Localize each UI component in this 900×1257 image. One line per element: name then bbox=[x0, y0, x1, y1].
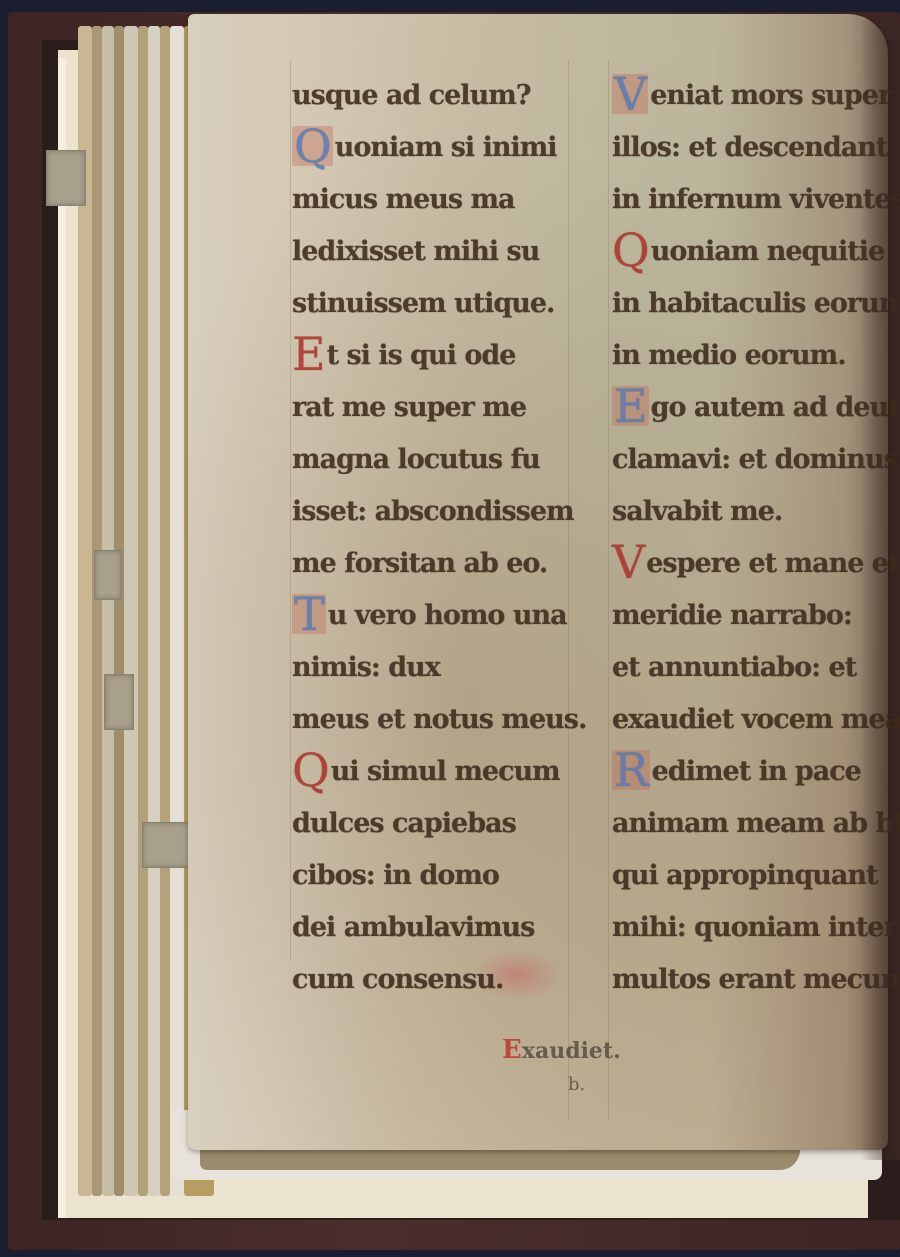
line-text: ui simul mecum bbox=[331, 756, 560, 787]
text-line: Quoniam si inimi bbox=[292, 122, 562, 174]
line-text: cibos: in domo bbox=[292, 860, 499, 891]
line-text: qui appropinquant bbox=[612, 860, 878, 891]
text-line: micus meus ma bbox=[292, 174, 562, 226]
right-text-column: Veniat mors superillos: et descendantin … bbox=[612, 70, 874, 1006]
line-text: espere et mane et bbox=[646, 548, 899, 579]
decorated-initial: V bbox=[612, 74, 648, 114]
catchword-initial: E bbox=[502, 1035, 522, 1065]
text-line: Qui simul mecum bbox=[292, 746, 562, 798]
decorated-initial: Q bbox=[612, 230, 649, 270]
decorated-initial: R bbox=[612, 750, 650, 790]
decorated-initial: E bbox=[612, 386, 649, 426]
decorated-initial: E bbox=[292, 334, 325, 374]
underlying-leaf-edge bbox=[200, 1150, 800, 1170]
text-line: cum consensu. bbox=[292, 954, 562, 1006]
guard-tab bbox=[46, 150, 86, 206]
text-line: isset: abscondissem bbox=[292, 486, 562, 538]
leaf-edge bbox=[92, 26, 102, 1196]
line-text: cum consensu. bbox=[292, 964, 503, 995]
text-line: meridie narrabo: bbox=[612, 590, 874, 642]
line-text: usque ad celum? bbox=[292, 80, 531, 111]
text-line: Quoniam nequitie bbox=[612, 226, 874, 278]
text-line: ledixisset mihi su bbox=[292, 226, 562, 278]
line-text: dulces capiebas bbox=[292, 808, 516, 839]
text-line: in habitaculis eorum: bbox=[612, 278, 874, 330]
decorated-initial: Q bbox=[292, 750, 329, 790]
leaf-edge bbox=[114, 26, 124, 1196]
line-text: nimis: dux bbox=[292, 652, 440, 683]
text-line: illos: et descendant bbox=[612, 122, 874, 174]
line-text: edimet in pace bbox=[652, 756, 861, 787]
text-line: Veniat mors super bbox=[612, 70, 874, 122]
line-text: ledixisset mihi su bbox=[292, 236, 539, 267]
line-text: in habitaculis eorum: bbox=[612, 288, 900, 319]
line-text: t si is qui ode bbox=[327, 340, 516, 371]
line-text: uoniam si inimi bbox=[335, 132, 557, 163]
line-text: eniat mors super bbox=[650, 80, 891, 111]
leaf-edge bbox=[102, 26, 114, 1196]
text-line: multos erant mecum. bbox=[612, 954, 874, 1006]
line-text: u vero homo una bbox=[328, 600, 567, 631]
line-text: magna locutus fu bbox=[292, 444, 540, 475]
leaf-edge bbox=[138, 26, 148, 1196]
line-text: meus et notus meus. bbox=[292, 704, 586, 735]
catchword: Exaudiet. bbox=[502, 1035, 621, 1065]
mat-board-edge bbox=[58, 58, 66, 1218]
text-line: clamavi: et dominus bbox=[612, 434, 874, 486]
line-text: go autem ad deum bbox=[651, 392, 900, 423]
line-text: meridie narrabo: bbox=[612, 600, 852, 631]
line-text: mihi: quoniam inter bbox=[612, 912, 897, 943]
text-line: in infernum viventes. bbox=[612, 174, 874, 226]
text-line: usque ad celum? bbox=[292, 70, 562, 122]
line-text: illos: et descendant bbox=[612, 132, 887, 163]
decorated-initial: V bbox=[612, 542, 644, 582]
text-line: qui appropinquant bbox=[612, 850, 874, 902]
line-text: exaudiet vocem meam. bbox=[612, 704, 900, 735]
line-text: in infernum viventes. bbox=[612, 184, 900, 215]
text-line: mihi: quoniam inter bbox=[612, 902, 874, 954]
text-line: in medio eorum. bbox=[612, 330, 874, 382]
text-line: Redimet in pace bbox=[612, 746, 874, 798]
text-line: Ego autem ad deum bbox=[612, 382, 874, 434]
line-text: stinuissem utique. bbox=[292, 288, 554, 319]
line-text: uoniam nequitie bbox=[651, 236, 884, 267]
line-text: multos erant mecum. bbox=[612, 964, 900, 995]
quire-signature: b. bbox=[568, 1074, 585, 1095]
text-line: me forsitan ab eo. bbox=[292, 538, 562, 590]
text-line: stinuissem utique. bbox=[292, 278, 562, 330]
line-text: animam meam ab his bbox=[612, 808, 900, 839]
leaf-edge bbox=[160, 26, 170, 1196]
line-text: dei ambulavimus bbox=[292, 912, 534, 943]
text-line: Et si is qui ode bbox=[292, 330, 562, 382]
leaf-edge bbox=[124, 26, 138, 1196]
ruling-line bbox=[568, 60, 569, 1120]
ruling-line bbox=[290, 60, 291, 960]
guard-tab bbox=[94, 550, 122, 600]
text-line: rat me super me bbox=[292, 382, 562, 434]
leaf-edge bbox=[170, 26, 184, 1196]
line-text: in medio eorum. bbox=[612, 340, 846, 371]
ruling-line bbox=[608, 60, 609, 1120]
line-text: isset: abscondissem bbox=[292, 496, 574, 527]
decorated-initial: Q bbox=[292, 126, 333, 166]
text-line: dulces capiebas bbox=[292, 798, 562, 850]
line-text: micus meus ma bbox=[292, 184, 515, 215]
line-text: clamavi: et dominus bbox=[612, 444, 898, 475]
text-line: exaudiet vocem meam. bbox=[612, 694, 874, 746]
text-line: Vespere et mane et bbox=[612, 538, 874, 590]
text-line: cibos: in domo bbox=[292, 850, 562, 902]
catchword-text: xaudiet. bbox=[522, 1038, 621, 1064]
text-line: dei ambulavimus bbox=[292, 902, 562, 954]
text-line: et annuntiabo: et bbox=[612, 642, 874, 694]
text-line: nimis: dux bbox=[292, 642, 562, 694]
line-text: et annuntiabo: et bbox=[612, 652, 856, 683]
guard-tab bbox=[104, 674, 134, 730]
line-text: salvabit me. bbox=[612, 496, 782, 527]
text-line: Tu vero homo una bbox=[292, 590, 562, 642]
text-line: salvabit me. bbox=[612, 486, 874, 538]
line-text: rat me super me bbox=[292, 392, 526, 423]
leaf-edge bbox=[148, 26, 160, 1196]
text-line: meus et notus meus. bbox=[292, 694, 562, 746]
text-line: animam meam ab his bbox=[612, 798, 874, 850]
line-text: me forsitan ab eo. bbox=[292, 548, 547, 579]
left-text-column: usque ad celum?Quoniam si inimimicus meu… bbox=[292, 70, 562, 1006]
decorated-initial: T bbox=[292, 594, 326, 634]
text-line: magna locutus fu bbox=[292, 434, 562, 486]
